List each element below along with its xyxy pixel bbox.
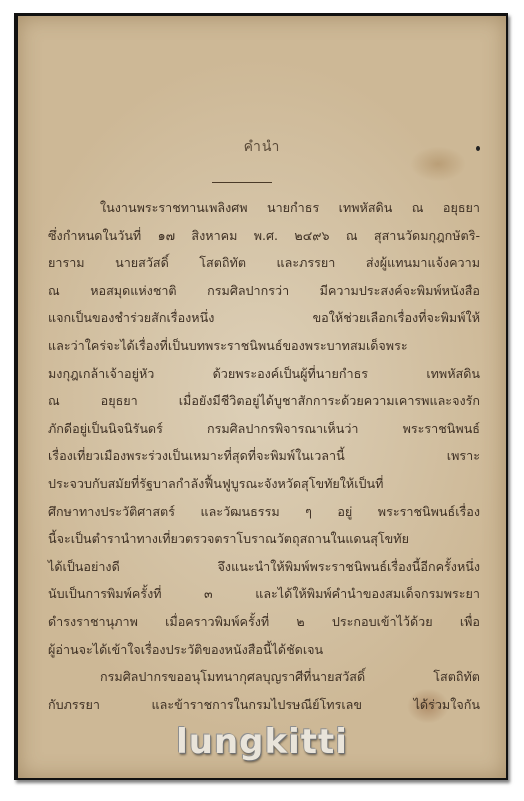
text-line: ผู้อ่านจะได้เข้าใจเรื่องประวัติของหนังสื…	[48, 636, 480, 664]
document-page: คำนำ ในงานพระราชทานเพลิงศพ นายกำธร เทพหั…	[18, 16, 506, 778]
text-line: ในงานพระราชทานเพลิงศพ นายกำธร เทพหัสดิน …	[48, 194, 480, 222]
title-divider	[212, 182, 272, 183]
text-line: นี้จะเป็นตำรานำทางเที่ยวตรวจตราโบราณวัตถ…	[48, 525, 480, 553]
text-line: ดำรงราชานุภาพ เมื่อคราวพิมพ์ครั้งที่ ๒ ป…	[48, 608, 480, 636]
text-line: ณ อยุธยา เมื่อยังมีชีวิตอยู่ได้บูชาสักกา…	[48, 387, 480, 415]
text-line: ซึ่งกำหนดในวันที่ ๑๗ สิงหาคม พ.ศ. ๒๔๙๖ ณ…	[48, 222, 480, 250]
text-line: ศึกษาทางประวัติศาสตร์ และวัฒนธรรม ๆ อยู่…	[48, 498, 480, 526]
text-line: ภักดีอยู่เป็นนิจนิรันดร์ กรมศิลปากรพิจาร…	[48, 415, 480, 443]
paragraph-1: ในงานพระราชทานเพลิงศพ นายกำธร เทพหัสดิน …	[48, 194, 480, 663]
text-line: เรื่องเที่ยวเมืองพระร่วงเป็นเหมาะที่สุดท…	[48, 442, 480, 470]
text-line: และว่าใคร่จะได้เรื่องที่เป็นบทพระราชนิพน…	[48, 332, 480, 360]
text-line: กับภรรยา และข้าราชการในกรมไปรษณีย์โทรเลข…	[48, 691, 480, 719]
text-line: ประจวบกับสมัยที่รัฐบาลกำลังฟื้นฟูบูรณะจั…	[48, 470, 480, 498]
text-line: กรมศิลปากรขออนุโมทนากุศลบุญราศีที่นายสวั…	[48, 663, 480, 691]
document-body: ในงานพระราชทานเพลิงศพ นายกำธร เทพหัสดิน …	[48, 194, 480, 718]
page-title: คำนำ	[18, 136, 506, 158]
text-line: ณ หอสมุดแห่งชาติ กรมศิลปากรว่า มีความประ…	[48, 277, 480, 305]
paragraph-2: กรมศิลปากรขออนุโมทนากุศลบุญราศีที่นายสวั…	[48, 663, 480, 718]
text-line: ยาราม นายสวัสดิ์ โสตถิทัต และภรรยา ส่งผู…	[48, 249, 480, 277]
text-line: นับเป็นการพิมพ์ครั้งที่ ๓ และได้ให้พิมพ์…	[48, 580, 480, 608]
text-line: ได้เป็นอย่างดี จึงแนะนำให้พิมพ์พระราชนิพ…	[48, 553, 480, 581]
watermark-text: lungkitti	[0, 722, 524, 762]
text-line: แจกเป็นของชำร่วยสักเรื่องหนึ่ง ขอให้ช่วย…	[48, 304, 480, 332]
text-line: มงกุฎเกล้าเจ้าอยู่หัว ด้วยพระองค์เป็นผู้…	[48, 360, 480, 388]
